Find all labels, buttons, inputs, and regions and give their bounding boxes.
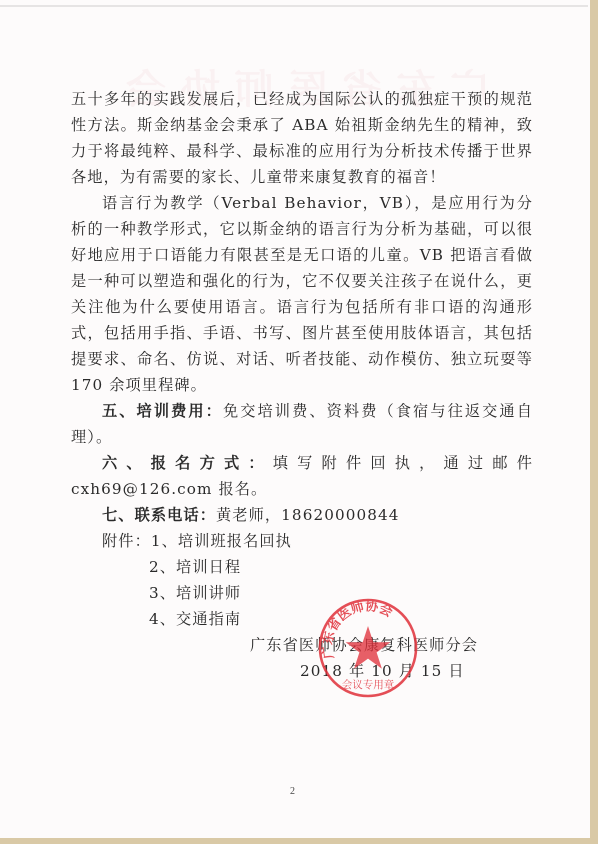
stamp-bottom-text: 会议专用章 <box>342 678 395 691</box>
official-seal-stamp-icon: 广东省医师协会 会议专用章 <box>316 596 420 700</box>
attachment-item: 4、交通指南 <box>71 606 533 632</box>
document-page: 广东省医师协会 五十多年的实践发展后，已经成为国际公认的孤独症干预的规范性方法。… <box>0 0 590 838</box>
attachment-item: 2、培训日程 <box>71 554 533 580</box>
section-text: 黄老师，18620000844 <box>216 506 400 524</box>
document-body: 五十多年的实践发展后，已经成为国际公认的孤独症干预的规范性方法。斯金纳基金会秉承… <box>71 86 533 632</box>
attachment-label: 1、培训班报名回执 <box>151 532 292 550</box>
section-registration: 六、报名方式：填写附件回执，通过邮件 cxh69@126.com 报名。 <box>71 450 533 502</box>
paragraph-intro: 五十多年的实践发展后，已经成为国际公认的孤独症干预的规范性方法。斯金纳基金会秉承… <box>71 86 533 190</box>
attachment-item: 3、培训讲师 <box>71 580 533 606</box>
section-label: 五、培训费用： <box>102 402 223 420</box>
section-label: 六、报名方式： <box>102 454 273 472</box>
top-rule <box>0 5 588 7</box>
attachment-item: 附件：1、培训班报名回执 <box>71 528 533 554</box>
section-contact: 七、联系电话：黄老师，18620000844 <box>71 502 533 528</box>
section-label: 七、联系电话： <box>102 506 216 524</box>
section-training-fee: 五、培训费用：免交培训费、资料费（食宿与往返交通自理）。 <box>71 398 533 450</box>
paragraph-verbal-behavior: 语言行为教学（Verbal Behavior，VB），是应用行为分析的一种教学形… <box>71 190 533 398</box>
page-number: 2 <box>290 786 295 797</box>
attachments-prefix: 附件： <box>102 532 151 550</box>
